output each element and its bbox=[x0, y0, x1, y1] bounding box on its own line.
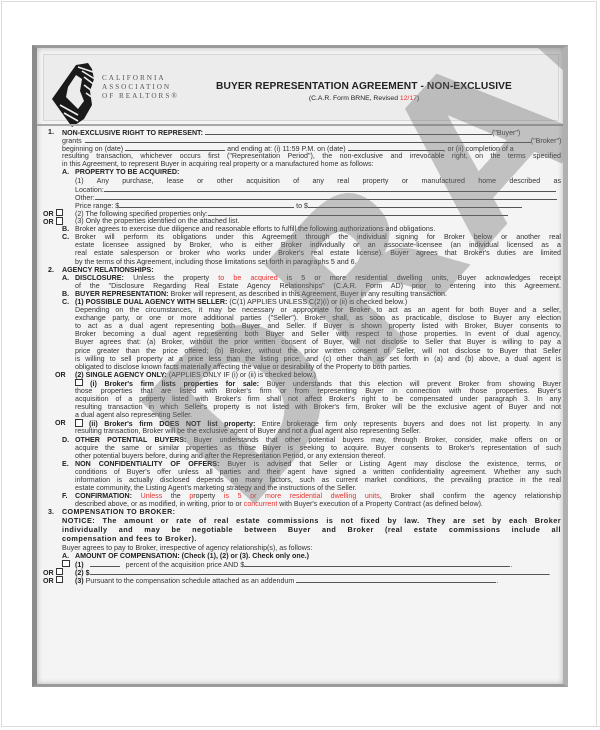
subsection-heading: CONFIRMATION: bbox=[75, 492, 132, 500]
compensation-2-amount-field[interactable] bbox=[90, 568, 549, 575]
dual-agency-text: Broker becoming a dual agent representin… bbox=[75, 330, 561, 338]
subsection-letter: C. bbox=[62, 298, 69, 306]
document-page: CALIFORNIA ASSOCIATION OF REALTORS® BUYE… bbox=[32, 45, 568, 687]
location-field[interactable] bbox=[104, 185, 556, 192]
section-1c-text: Broker will perform its obligations unde… bbox=[75, 233, 561, 241]
option-1-text: (1) Any purchase, lease or other acquisi… bbox=[75, 177, 561, 185]
section-2a-line: of the "Disclosure Regarding Real Estate… bbox=[41, 282, 561, 290]
commission-notice: individually and may be negotiable betwe… bbox=[62, 526, 561, 534]
subsection-letter: C. bbox=[62, 233, 69, 241]
dual-agency-text: Buyer agrees that: (a) Broker, without t… bbox=[75, 338, 561, 346]
section-2c-heading-line: C. (1) POSSIBLE DUAL AGENCY WITH SELLER:… bbox=[41, 298, 561, 306]
section-number: 1. bbox=[48, 128, 54, 136]
dual-agency-line: obligated to disclose known facts materi… bbox=[41, 363, 561, 371]
price-range-line: Price range: $ to $ bbox=[41, 201, 561, 209]
single-agency-i-text: resulting transaction in which Seller's … bbox=[75, 403, 561, 411]
agrees-text: Buyer agrees to pay to Broker, irrespect… bbox=[62, 544, 561, 552]
section-2e-line: conditions of Buyer's offer unless all p… bbox=[41, 468, 561, 476]
dual-agency-line: is willing to sell property at a price l… bbox=[41, 355, 561, 363]
confirmation-red-text: Unless bbox=[141, 492, 163, 500]
option-1-line: (1) Any purchase, lease or other acquisi… bbox=[41, 177, 561, 185]
dual-agency-line: Buyer agrees that: (a) Broker, without t… bbox=[41, 338, 561, 346]
non-confidentiality-text: conditions of Buyer's offer unless all p… bbox=[75, 468, 561, 476]
dual-agency-text: Depending on the circumstances, it may b… bbox=[75, 306, 561, 314]
subsection-letter: B. bbox=[62, 290, 69, 298]
subsection-heading: PROPERTY TO BE ACQUIRED: bbox=[75, 168, 561, 176]
dual-agency-text: exchange party, or one or more additiona… bbox=[75, 314, 561, 322]
option-2-line: OR (2) The following specified propertie… bbox=[41, 209, 561, 217]
subsection-letter: A. bbox=[62, 552, 69, 560]
or-label: OR bbox=[43, 577, 54, 585]
section-2f-line: F. CONFIRMATION: Unless the property is … bbox=[41, 492, 561, 500]
specified-properties-field[interactable] bbox=[208, 209, 508, 216]
dual-agency-line: to act as a dual agent representing both… bbox=[41, 322, 561, 330]
page-bottom-rule bbox=[16, 726, 600, 727]
section-1c-text: by the terms of this Agreement, includin… bbox=[75, 258, 561, 266]
non-confidentiality-text: information is actually disclosed depend… bbox=[75, 476, 561, 484]
section-1c-line: estate licensee assigned by Broker, who … bbox=[41, 241, 561, 249]
section-2b-line: B. BUYER REPRESENTATION: Broker will rep… bbox=[41, 290, 561, 298]
confirmation-text: , Broker shall confirm the agency relati… bbox=[380, 492, 561, 500]
confirmation-text: described above, or as modified, in writ… bbox=[75, 500, 242, 508]
confirmation-text: roperty bbox=[193, 492, 224, 500]
document-subtitle: (C.A.R. Form BRNE, Revised 12/17) bbox=[194, 95, 534, 102]
buyer-representation-text: Broker will represent, as described in t… bbox=[171, 290, 447, 298]
subsection-letter: A. bbox=[62, 168, 69, 176]
section-2d-line: D. OTHER POTENTIAL BUYERS: Buyer underst… bbox=[41, 436, 561, 444]
dual-agency-text: to act as a dual agent representing both… bbox=[75, 322, 561, 330]
other-buyers-text: Buyer understands that other potential b… bbox=[194, 436, 561, 444]
section-1-text-line: resulting transaction, whichever occurs … bbox=[41, 152, 561, 160]
single-agency-i-line: acquisition of a property listed with Br… bbox=[41, 395, 561, 403]
other-buyers-text: other potential buyers before, during an… bbox=[75, 452, 561, 460]
section-2a-line: A. DISCLOSURE: Unless the property to be… bbox=[41, 274, 561, 282]
single-agency-i-line: those properties that are listed with Br… bbox=[41, 387, 561, 395]
option-3-checkbox[interactable] bbox=[56, 217, 64, 225]
section-1c-text: estate licensee assigned by Broker, who … bbox=[75, 241, 561, 249]
subtitle-suffix: ) bbox=[417, 95, 419, 102]
subsection-heading: BUYER REPRESENTATION: bbox=[75, 290, 169, 298]
agreement-body: 1. NON-EXCLUSIVE RIGHT TO REPRESENT:("Bu… bbox=[41, 128, 561, 584]
subsection-heading: DISCLOSURE: bbox=[75, 274, 124, 282]
other-field[interactable] bbox=[95, 193, 557, 200]
buyer-name-field[interactable] bbox=[205, 128, 492, 135]
or-label: OR bbox=[55, 371, 66, 379]
single-agency-i-text: acquisition of a property listed with Br… bbox=[75, 395, 561, 403]
section-2e-line: E. NON CONFIDENTIALITY OF OFFERS: Buyer … bbox=[41, 460, 561, 468]
single-agency-i-line: (i) Broker's firm lists properties for s… bbox=[41, 379, 561, 387]
beginning-date-field[interactable] bbox=[125, 144, 225, 151]
non-confidentiality-text: Buyer is advised that Seller or Listing … bbox=[227, 460, 561, 468]
dual-agency-text: is willing to sell property at a price l… bbox=[75, 355, 561, 363]
subsection-letter: B. bbox=[62, 225, 69, 233]
other-buyers-text: acquire the same or similar properties a… bbox=[75, 444, 561, 452]
confirmation-text: the bbox=[171, 492, 181, 500]
section-2e-line: information is actually disclosed depend… bbox=[41, 476, 561, 484]
subsection-note: (C(1) APPLIES UNLESS C(2)(i) or (ii) is … bbox=[229, 298, 407, 306]
subsection-heading: AMOUNT OF COMPENSATION: (Check (1), (2) … bbox=[75, 552, 561, 560]
logo-line-3: OF REALTORS® bbox=[102, 92, 179, 101]
non-confidentiality-text: estate community, the Listing Agent's ma… bbox=[75, 484, 561, 492]
confirmation-red-text: concurrent bbox=[244, 500, 278, 508]
single-agency-ii-checkbox[interactable] bbox=[75, 419, 83, 427]
single-agency-i-checkbox[interactable] bbox=[75, 379, 83, 387]
section-1c-line: by the terms of this Agreement, includin… bbox=[41, 258, 561, 266]
subsection-heading: (1) POSSIBLE DUAL AGENCY WITH SELLER: bbox=[75, 298, 227, 306]
disclosure-text: of the "Disclosure Regarding Real Estate… bbox=[75, 282, 561, 290]
notice-line: compensation and fees to Broker). bbox=[41, 535, 561, 544]
section-1c-line: C. Broker will perform its obligations u… bbox=[41, 233, 561, 241]
location-line: Location: bbox=[41, 185, 561, 193]
compensation-3-checkbox[interactable] bbox=[56, 576, 64, 584]
other-line: Other: bbox=[41, 193, 561, 201]
section-number: 3. bbox=[48, 508, 54, 516]
section-1-heading-line: 1. NON-EXCLUSIVE RIGHT TO REPRESENT:("Bu… bbox=[41, 128, 561, 136]
confirmation-red-text: is 5 or more residential dwelling units bbox=[224, 492, 380, 500]
commission-notice: NOTICE: The amount or rate of real estat… bbox=[62, 517, 561, 525]
section-1c-line: real estate salesperson or broker who wo… bbox=[41, 249, 561, 257]
price-max-field[interactable] bbox=[308, 201, 522, 208]
revision-date: 12/17 bbox=[400, 95, 417, 102]
option-3-text: (3) Only the properties identified on th… bbox=[75, 217, 561, 225]
compensation-1-amount-field[interactable] bbox=[244, 560, 510, 567]
subsection-letter: A. bbox=[62, 274, 69, 282]
ending-date-field[interactable] bbox=[348, 144, 444, 151]
subtitle-prefix: (C.A.R. Form BRNE, Revised bbox=[309, 95, 400, 102]
car-logo-icon bbox=[48, 57, 110, 129]
dual-agency-line: Broker becoming a dual agent representin… bbox=[41, 330, 561, 338]
dual-agency-text: obligated to disclose known facts materi… bbox=[75, 363, 561, 371]
subsection-heading: NON CONFIDENTIALITY OF OFFERS: bbox=[75, 460, 219, 468]
single-agency-ii-line: OR (ii) Broker's firm DOES NOT list prop… bbox=[41, 419, 561, 427]
single-agency-ii-text: resulting transaction, Broker will be th… bbox=[75, 427, 561, 435]
header-divider bbox=[37, 124, 563, 126]
compensation-option-2-line: OR (2) $. bbox=[41, 568, 561, 576]
single-agency-note: (APPLIES ONLY IF (i) or (ii) is checked … bbox=[169, 371, 316, 379]
logo-line-1: CALIFORNIA bbox=[102, 74, 179, 83]
section-1a-heading-line: A. PROPERTY TO BE ACQUIRED: bbox=[41, 168, 561, 176]
section-1b-line: B. Broker agrees to exercise due diligen… bbox=[41, 225, 561, 233]
section-number: 2. bbox=[48, 266, 54, 274]
dual-agency-line: Depending on the circumstances, it may b… bbox=[41, 306, 561, 314]
disclosure-red-text: to be acquired bbox=[218, 274, 277, 282]
compensation-1-checkbox[interactable] bbox=[62, 560, 70, 568]
addendum-field[interactable] bbox=[296, 576, 496, 583]
subsection-letter: F. bbox=[62, 492, 68, 500]
single-agency-i-text: a dual agent also representing Seller. bbox=[75, 411, 561, 419]
percent-field[interactable] bbox=[90, 560, 120, 567]
dates-line: beginning on (date)and ending at: (i) 11… bbox=[41, 144, 561, 152]
option-2-checkbox[interactable] bbox=[56, 209, 64, 217]
single-agency-i-line: resulting transaction in which Seller's … bbox=[41, 403, 561, 411]
section-2-heading-line: 2. AGENCY RELATIONSHIPS: bbox=[41, 266, 561, 274]
single-agency-ii-line: resulting transaction, Broker will be th… bbox=[41, 427, 561, 435]
section-2d-line: acquire the same or similar properties a… bbox=[41, 444, 561, 452]
section-1b-text: Broker agrees to exercise due diligence … bbox=[75, 225, 561, 233]
disclosure-text: is 5 or more residential dwelling units,… bbox=[287, 274, 561, 282]
section-3a-heading-line: A. AMOUNT OF COMPENSATION: (Check (1), (… bbox=[41, 552, 561, 560]
compensation-option-1-line: (1) percent of the acquisition price AND… bbox=[41, 560, 561, 568]
subsection-letter: E. bbox=[62, 460, 69, 468]
single-agency-i-text: those properties that are listed with Br… bbox=[75, 387, 561, 395]
grants-line: grants("Broker") bbox=[41, 136, 561, 144]
dual-agency-text: price greater than the price offered; (b… bbox=[75, 347, 561, 355]
section-2f-line: described above, or as modified, in writ… bbox=[41, 500, 561, 508]
document-header: CALIFORNIA ASSOCIATION OF REALTORS® BUYE… bbox=[43, 54, 559, 121]
subsection-heading: OTHER POTENTIAL BUYERS: bbox=[75, 436, 186, 444]
option-number: (3) bbox=[75, 577, 84, 585]
disclosure-text: Unless the property bbox=[133, 274, 209, 282]
compensation-2-checkbox[interactable] bbox=[56, 568, 64, 576]
single-agency-heading-line: OR (2) SINGLE AGENCY ONLY: (APPLIES ONLY… bbox=[41, 371, 561, 379]
or-label: OR bbox=[55, 419, 66, 427]
price-min-field[interactable] bbox=[119, 201, 294, 208]
compensation-option-3-line: OR (3) Pursuant to the compensation sche… bbox=[41, 576, 561, 584]
compensation-3-text: Pursuant to the compensation schedule at… bbox=[86, 577, 295, 585]
confirmation-text: with Buyer's execution of a Property Con… bbox=[279, 500, 483, 508]
dual-agency-line: price greater than the price offered; (b… bbox=[41, 347, 561, 355]
single-agency-i-line: a dual agent also representing Seller. bbox=[41, 411, 561, 419]
logo-line-2: ASSOCIATION bbox=[102, 83, 179, 92]
section-1-text: in this Agreement, to represent Buyer in… bbox=[62, 160, 561, 168]
dual-agency-line: exchange party, or one or more additiona… bbox=[41, 314, 561, 322]
subsection-letter: D. bbox=[62, 436, 69, 444]
document-title: BUYER REPRESENTATION AGREEMENT - NON-EXC… bbox=[194, 81, 534, 92]
single-agency-heading: (2) SINGLE AGENCY ONLY: bbox=[75, 371, 167, 379]
section-2d-line: other potential buyers before, during an… bbox=[41, 452, 561, 460]
section-2e-line: estate community, the Listing Agent's ma… bbox=[41, 484, 561, 492]
section-heading: AGENCY RELATIONSHIPS: bbox=[62, 266, 561, 274]
broker-name-field[interactable] bbox=[85, 136, 531, 143]
agrees-line: Buyer agrees to pay to Broker, irrespect… bbox=[41, 544, 561, 552]
section-1c-text: real estate salesperson or broker who wo… bbox=[75, 249, 561, 257]
section-1-text: resulting transaction, whichever occurs … bbox=[62, 152, 561, 160]
section-1-text-line: in this Agreement, to represent Buyer in… bbox=[41, 160, 561, 168]
option-3-line: OR (3) Only the properties identified on… bbox=[41, 217, 561, 225]
commission-notice: compensation and fees to Broker). bbox=[62, 535, 561, 543]
logo-wordmark: CALIFORNIA ASSOCIATION OF REALTORS® bbox=[102, 74, 179, 101]
